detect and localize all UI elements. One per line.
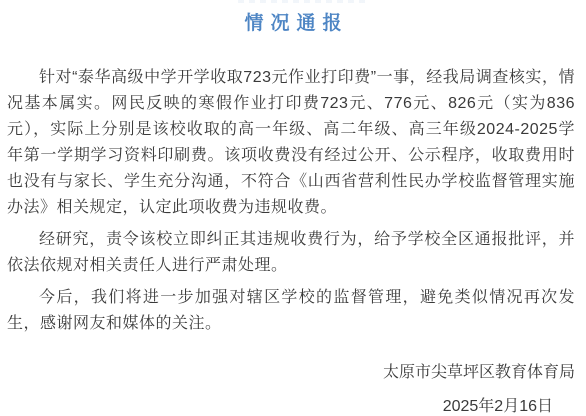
notice-paragraph: 针对“泰华高级中学开学收取723元作业打印费”一事，经我局调查核实，情况基本属实…: [7, 65, 575, 221]
notice-body: 针对“泰华高级中学开学收取723元作业打印费”一事，经我局调查核实，情况基本属实…: [0, 35, 586, 337]
notice-paragraph: 今后，我们将进一步加强对辖区学校的监督管理，避免类似情况再次发生，感谢网友和媒体…: [7, 285, 575, 337]
cropped-text-artifact: [238, 0, 366, 3]
notice-title: 情况通报: [0, 13, 586, 35]
signature-block: 太原市尖草坪区教育体育局 2025年2月16日: [0, 363, 586, 416]
notice-paragraph: 经研究，责令该校立即纠正其违规收费行为，给予学校全区通报批评，并依法依规对相关责…: [7, 227, 575, 279]
issue-date: 2025年2月16日: [0, 397, 586, 416]
issuing-authority: 太原市尖草坪区教育体育局: [0, 363, 586, 382]
notice-document: 情况通报 针对“泰华高级中学开学收取723元作业打印费”一事，经我局调查核实，情…: [0, 0, 586, 416]
